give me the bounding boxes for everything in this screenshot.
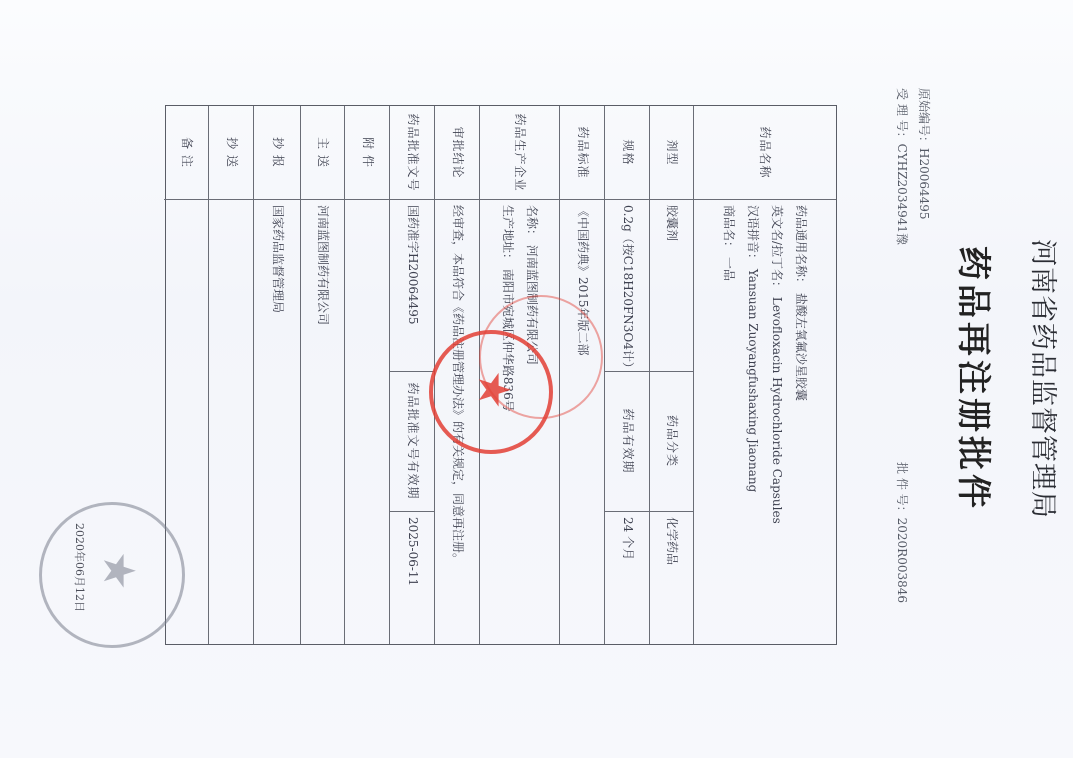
acceptance-number: 受 理 号：CYHZ2034941豫: [894, 88, 911, 245]
dosage-form-label: 剂型: [650, 106, 694, 199]
main-recipient-label: 主 送: [301, 106, 345, 199]
standard-value: 《中国药典》2015年版二部: [560, 199, 605, 645]
drug-name-values: 药品通用名称： 盐酸左氧氟沙星胶囊 英文名/拉丁名： Levofloxacin …: [694, 199, 836, 645]
scanned-document-page: 河南省药品监督管理局 药品再注册批件 原始编号：H20064495 受 理 号：…: [0, 0, 1073, 758]
manufacturer-label: 药品生产企业: [480, 106, 560, 199]
acceptance-number-value: CYHZ2034941豫: [895, 144, 909, 245]
attachment-value: [345, 199, 390, 645]
approval-doc-value: 国药准字H20064495: [390, 199, 435, 375]
report-to-label: 抄 报: [254, 106, 301, 199]
specification-value: 0.2g（按C18H20FN3O4计）: [605, 199, 650, 375]
original-number-label: 原始编号：: [917, 88, 931, 148]
original-number-value: H20064495: [917, 148, 931, 220]
conclusion-label: 审批结论: [435, 106, 480, 199]
shelf-life-value: 24 个月: [605, 511, 650, 647]
acceptance-number-label: 受 理 号：: [895, 88, 909, 144]
standard-label: 药品标准: [560, 106, 605, 199]
main-recipient-value: 河南蓝图制药有限公司: [301, 199, 345, 645]
approval-doc-label: 药品批准文号: [390, 106, 435, 199]
drug-category-label: 药品分类: [650, 371, 694, 511]
pinyin-name: 汉语拼音： Yansuan Zuoyangfushaxing Jiaonang: [741, 205, 765, 645]
specification-label: 规格: [605, 106, 650, 199]
approval-number-label: 批 件 号：: [895, 462, 909, 518]
official-seal: ★ 2020年06月12日: [39, 502, 185, 648]
drug-category-value: 化学药品: [650, 511, 694, 647]
report-to-value: 国家药品监督管理局: [254, 199, 301, 645]
dosage-form-value: 胶囊剂: [650, 199, 694, 375]
copy-to-value: [209, 199, 254, 645]
approval-number-value: 2020R003846: [895, 518, 909, 603]
generic-name: 药品通用名称： 盐酸左氧氟沙星胶囊: [789, 205, 813, 645]
company-seal-outer: [479, 295, 603, 419]
document-title: 药品再注册批件: [952, 0, 1001, 758]
seal-date: 2020年06月12日: [72, 523, 88, 612]
approval-number: 批 件 号：2020R003846: [894, 462, 911, 603]
shelf-life-label: 药品有效期: [605, 371, 650, 511]
english-name: 英文名/拉丁名： Levofloxacin Hydrochloride Caps…: [765, 205, 789, 645]
copy-to-label: 抄 送: [209, 106, 254, 199]
seal-star-icon: ★: [96, 551, 140, 590]
trade-name: 商品名： 一品: [717, 205, 741, 645]
approval-validity-value: 2025-06-11: [390, 511, 435, 647]
drug-name-label: 药品名称: [694, 106, 836, 199]
original-number: 原始编号：H20064495: [916, 88, 933, 220]
attachment-label: 附 件: [345, 106, 390, 199]
issuer-heading: 河南省药品监督管理局: [1026, 0, 1065, 758]
remarks-label: 备 注: [164, 106, 209, 199]
